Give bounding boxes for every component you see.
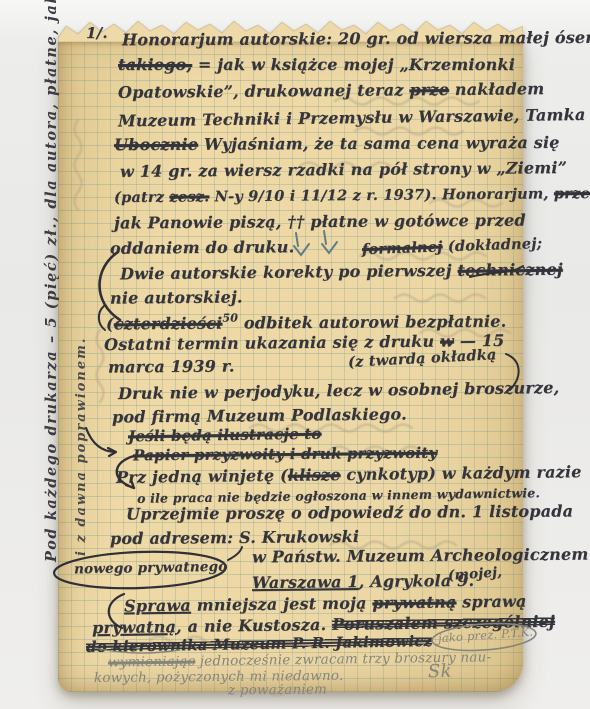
scanned-letter-scene: Pod każdego drukarza – 5 (pięć) zł., dla… <box>0 0 590 709</box>
signature-initials: Sk <box>428 663 452 682</box>
text-segment: Wyjaśniam, że ta sama cena wyraża się <box>198 133 560 154</box>
text-segment: , a nie Kustosza. <box>176 615 332 636</box>
text-segment: ( <box>106 314 114 333</box>
address-line: pod adresem: S. Krukowski <box>110 529 359 547</box>
manuscript-line: Ubocznie Wyjaśniam, że ta sama cena wyra… <box>114 135 560 153</box>
text-segment: odbitek autorowi bezpłatnie. <box>238 312 506 333</box>
text-segment: w Państw. Muzeum Archeologicznem <box>252 545 589 567</box>
address-line: Warszawa 1, Agrykola 9. <box>252 573 474 591</box>
manuscript-line: jak Panowie piszą, †† płatne w gotówce p… <box>114 213 526 232</box>
struck-text: czterdzieści <box>114 314 223 334</box>
struck-text: prywatną <box>372 592 456 612</box>
struck-text: takiego, <box>118 55 192 74</box>
text-segment: Uprzejmie proszę o odpowiedź do dn. 1 li… <box>126 501 573 523</box>
text-segment: Prz jedną winjetę ( <box>116 466 288 487</box>
manuscript-line: oddaniem do druku. <box>110 239 295 257</box>
text-segment: marca 1939 r. <box>108 356 235 376</box>
manuscript-line: Jeśli będą ilustracje to <box>128 427 322 445</box>
margin-note-vertical-outer: Pod każdego drukarza – 5 (pięć) zł., dla… <box>45 0 62 562</box>
text-segment: (patrz <box>114 189 170 206</box>
struck-text: prze <box>409 80 449 99</box>
address-line: w Państw. Muzeum Archeologicznem <box>252 547 589 566</box>
text-segment: N-y 9/10 i 11/12 z r. 1937). Honorarjum, <box>209 185 554 205</box>
struck-text: wymieniając <box>108 653 196 670</box>
text-segment: Opatowskie”, drukowanej teraz <box>118 80 410 102</box>
text-segment: (dokładnej; <box>442 235 542 255</box>
margin-note-vertical-inner: i z dawna poprawionem. <box>75 337 91 556</box>
text-segment: płatne w gotówce przed <box>304 211 525 232</box>
manuscript-line: (czterdzieści50 odbitek autorowi bezpłat… <box>106 311 507 333</box>
text-segment: mniejsza jest moją <box>191 593 373 614</box>
underlined-text: Warszawa 1 <box>252 572 359 592</box>
manuscript-line: Dwie autorskie korekty po pierwszej tech… <box>120 262 563 283</box>
inserted-number: 50 <box>222 311 238 324</box>
struck-text: klisze <box>288 465 341 485</box>
text-segment: nakładem <box>449 79 544 99</box>
text-segment: Dwie autorskie korekty po pierwszej <box>120 261 458 284</box>
circled-note: nowego prywatnego <box>74 561 228 577</box>
struck-text: przed- <box>554 185 590 202</box>
manuscript-line: pod firmą Muzeum Podlaskiego. <box>112 406 407 425</box>
list-marker: 1/. <box>86 26 108 41</box>
manuscript-line: nie autorskiej. <box>110 289 243 306</box>
text-segment: nie autorskiej. <box>110 287 243 307</box>
salutation: z poważaniem <box>228 683 327 698</box>
manuscript-line: takiego, = jak w książce mojej „Krzemion… <box>118 57 515 73</box>
struck-text: Jeśli będą ilustracje to <box>128 425 322 446</box>
struck-text: Ubocznie <box>114 135 198 154</box>
text-segment: w 14 gr. za wiersz rzadki na pół strony … <box>120 158 567 181</box>
text-segment: jak Panowie piszą, <box>114 212 287 232</box>
text-segment: jak w książce mojej „Krzemionki <box>217 55 515 74</box>
underlined-text: Sprawa <box>124 596 191 616</box>
text-segment: pod firmą Muzeum Podlaskiego. <box>112 404 407 426</box>
text-segment: oddaniem do druku. <box>110 237 295 258</box>
manuscript-line: Opatowskie”, drukowanej teraz prze nakła… <box>118 81 544 101</box>
struck-text: Papier przyzwoity i druk przyzwoity <box>133 444 437 465</box>
text-segment: = <box>192 55 217 74</box>
struck-text: zesz. <box>169 188 209 205</box>
text-segment: nowego prywatnego <box>74 559 228 578</box>
struck-text: technicznej <box>457 260 562 280</box>
text-segment: Sk <box>428 661 452 683</box>
text-segment: cynkotyp) w każdym razie <box>340 462 581 484</box>
text-segment: Honorarjum autorskie: 20 gr. od wiersza … <box>122 28 590 50</box>
text-segment: pod adresem: S. Krukowski <box>110 527 359 548</box>
text-segment: sprawą <box>456 592 526 612</box>
manuscript-line: w 14 gr. za wiersz rzadki na pół strony … <box>120 160 567 180</box>
manuscript-line: Papier przyzwoity i druk przyzwoity <box>133 446 437 464</box>
manuscript-line: Honorarjum autorskie: 20 gr. od wiersza … <box>122 30 590 49</box>
text-segment: z poważaniem <box>228 681 327 698</box>
manuscript-line: Uprzejmie proszę o odpowiedź do dn. 1 li… <box>126 503 573 522</box>
underlined-text: prywatną <box>92 617 176 637</box>
insertion-daggers: †† <box>287 212 304 231</box>
struck-text: formalnej <box>362 238 443 258</box>
manuscript-line: marca 1939 r. <box>108 358 235 375</box>
